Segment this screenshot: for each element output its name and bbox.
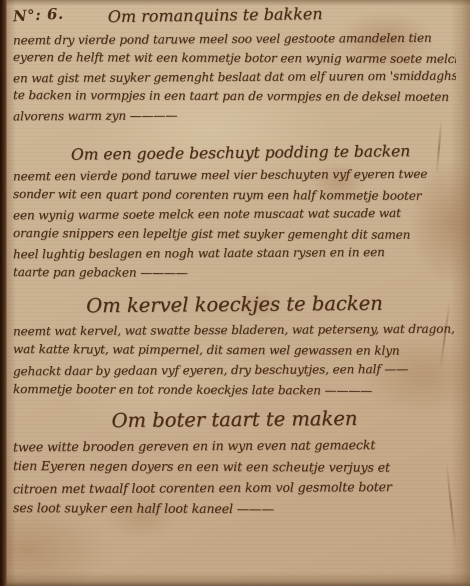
recipe-line: neemt een vierde pond taruwe meel vier b… xyxy=(13,165,456,187)
recipe-line: taarte pan gebacken ———— xyxy=(13,263,456,284)
recipe-line: een wynig warme soete melck een note mus… xyxy=(13,204,456,226)
recipe-line: ses loot suyker een half loot kaneel ——— xyxy=(13,497,456,520)
recipe-line: orangie snippers een lepeltje gist met s… xyxy=(13,224,456,245)
recipe-title-romanquins: Om romanquins te bakken xyxy=(64,2,457,26)
recipe-line: kommetje booter en tot ronde koeckjes la… xyxy=(13,379,456,401)
recipe-line: citroen met twaalf loot corenten een kom… xyxy=(13,476,456,500)
page-header: N°: 6. Om romanquins te bakken xyxy=(13,5,456,30)
recipe-romanquins: N°: 6. Om romanquins te bakken neemt dry… xyxy=(13,5,456,125)
manuscript-page: N°: 6. Om romanquins te bakken neemt dry… xyxy=(0,0,470,586)
recipe-boter-taart: Om boter taart te maken twee witte brood… xyxy=(13,405,456,519)
recipe-title-kervel-koeckjes: Om kervel koeckjes te backen xyxy=(13,288,456,322)
recipe-title-beschuyt-podding: Om een goede beschuyt podding te backen xyxy=(13,138,456,169)
recipe-line: neemt wat kervel, wat swatte besse blade… xyxy=(13,319,456,342)
recipe-line: sonder wit een quart pond corenten ruym … xyxy=(13,185,456,206)
recipe-line: alvorens warm zyn ———— xyxy=(13,105,456,127)
recipe-line: twee witte brooden gereven en in wyn eve… xyxy=(13,434,456,458)
recipe-line: eyeren de helft met wit een kommetje bot… xyxy=(13,48,456,69)
recipe-line: neemt dry vierde pond taruwe meel soo ve… xyxy=(13,29,456,51)
recipe-title-boter-taart: Om boter taart te maken xyxy=(13,403,456,437)
page-content: N°: 6. Om romanquins te bakken neemt dry… xyxy=(0,0,470,519)
recipe-line: wat katte kruyt, wat pimpernel, dit same… xyxy=(13,339,456,361)
recipe-beschuyt-podding: Om een goede beschuyt podding te backen … xyxy=(13,140,456,283)
recipe-line: gehackt daar by gedaan vyf eyeren, dry b… xyxy=(13,359,456,382)
recipe-kervel-koeckjes: Om kervel koeckjes te backen neemt wat k… xyxy=(13,290,456,400)
recipe-line: heel lughtig beslagen en nogh wat laate … xyxy=(13,243,456,265)
page-number: N°: 6. xyxy=(13,5,65,26)
recipe-line: tien Eyeren negen doyers en een wit een … xyxy=(13,455,456,478)
recipe-line: te backen in vormpjes in een taart pan d… xyxy=(13,86,456,107)
recipe-line: en wat gist met suyker gemenght beslaat … xyxy=(13,67,456,89)
